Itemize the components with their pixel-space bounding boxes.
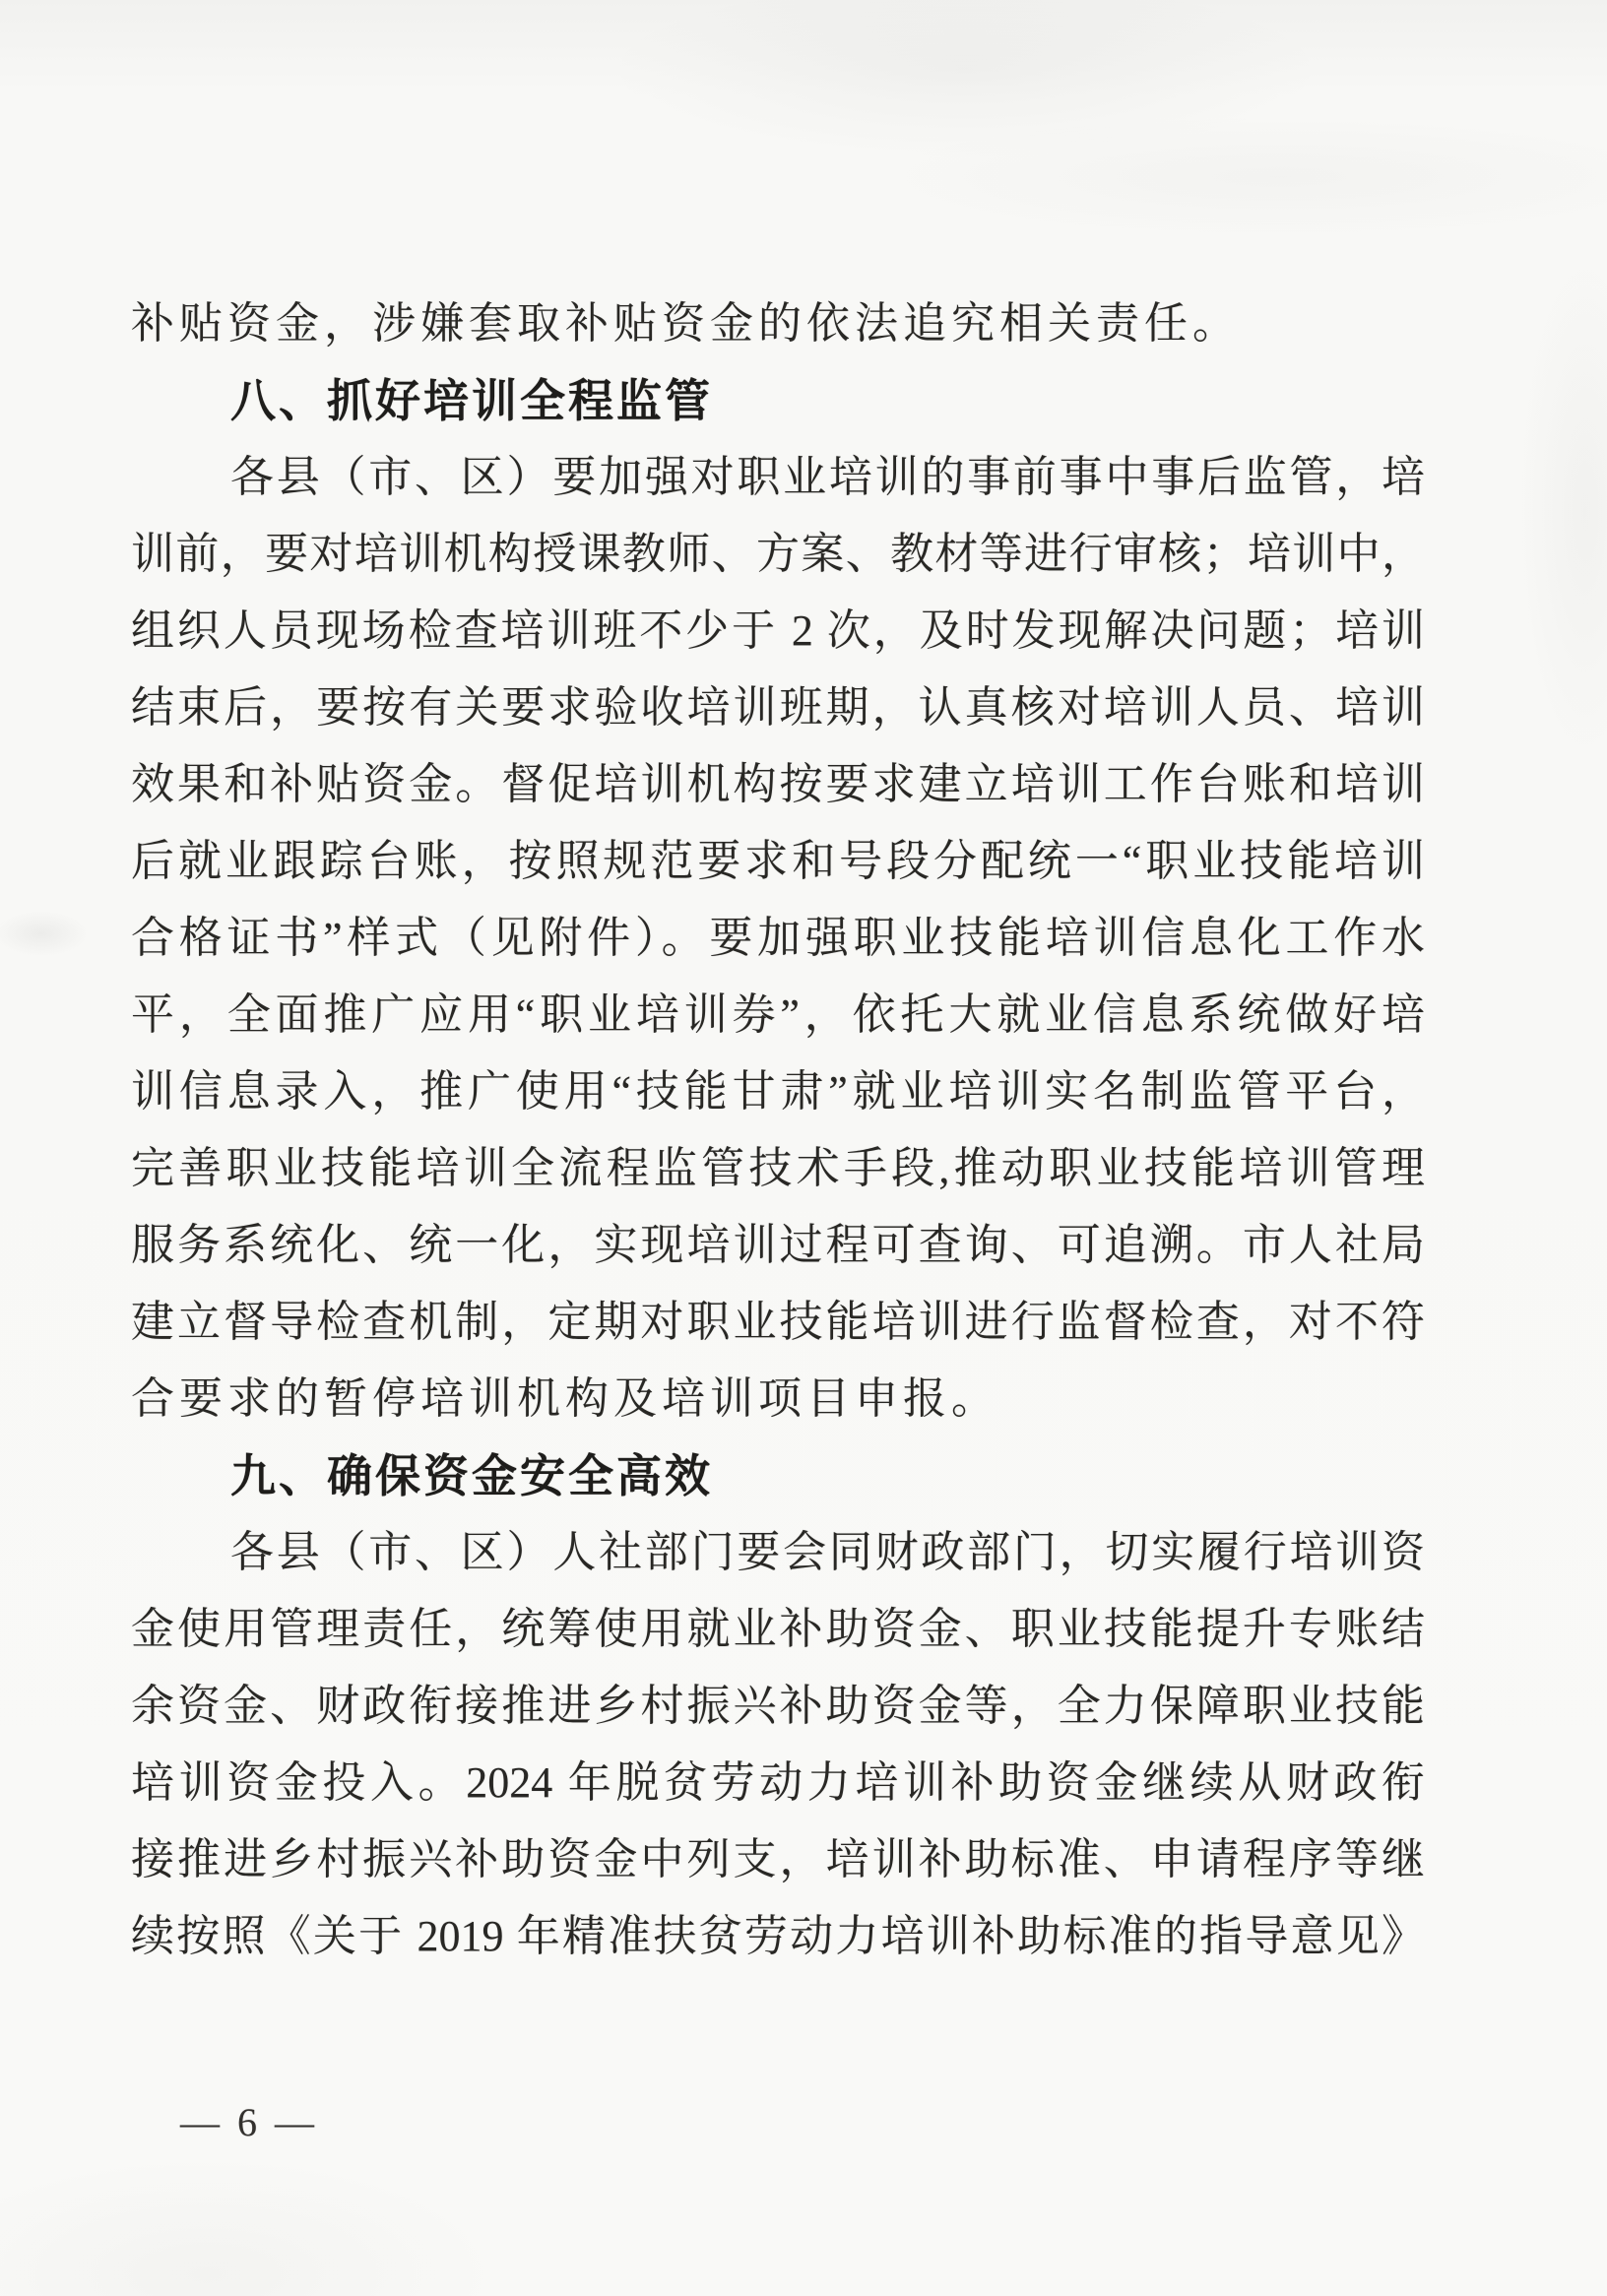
- body-line: 补贴资金，涉嫌套取补贴资金的依法追究相关责任。: [131, 286, 1425, 362]
- scanned-document-page: 补贴资金，涉嫌套取补贴资金的依法追究相关责任。 八、抓好培训全程监管 各县（市、…: [0, 0, 1607, 2296]
- body-line: 金使用管理责任，统筹使用就业补助资金、职业技能提升专账结: [131, 1591, 1425, 1668]
- body-line: 服务系统化、统一化，实现培训过程可查询、可追溯。市人社局: [131, 1207, 1425, 1284]
- body-line: 后就业跟踪台账，按照规范要求和号段分配统一“职业技能培训: [131, 823, 1425, 900]
- body-line: 接推进乡村振兴补助资金中列支，培训补助标准、申请程序等继: [131, 1821, 1425, 1898]
- body-line: 结束后，要按有关要求验收培训班期，认真核对培训人员、培训: [131, 670, 1425, 746]
- body-line: 余资金、财政衔接推进乡村振兴补助资金等，全力保障职业技能: [131, 1668, 1425, 1745]
- section-heading-9: 九、确保资金安全高效: [131, 1437, 1425, 1514]
- body-line: 各县（市、区）人社部门要会同财政部门，切实履行培训资: [131, 1514, 1425, 1591]
- body-line: 平，全面推广应用“职业培训券”，依托大就业信息系统做好培: [131, 977, 1425, 1053]
- body-line: 各县（市、区）要加强对职业培训的事前事中事后监管，培: [131, 439, 1425, 516]
- body-line: 合格证书”样式（见附件）。要加强职业技能培训信息化工作水: [131, 900, 1425, 977]
- body-line: 建立督导检查机制，定期对职业技能培训进行监督检查，对不符: [131, 1284, 1425, 1361]
- body-line: 合要求的暂停培训机构及培训项目申报。: [131, 1361, 1425, 1437]
- body-line: 续按照《关于 2019 年精准扶贫劳动力培训补助标准的指导意见》: [131, 1898, 1425, 1975]
- document-body: 补贴资金，涉嫌套取补贴资金的依法追究相关责任。 八、抓好培训全程监管 各县（市、…: [131, 286, 1425, 1975]
- body-line: 培训资金投入。2024 年脱贫劳动力培训补助资金继续从财政衔: [131, 1745, 1425, 1821]
- body-line: 完善职业技能培训全流程监管技术手段,推动职业技能培训管理: [131, 1130, 1425, 1207]
- body-line: 训信息录入，推广使用“技能甘肃”就业培训实名制监管平台，: [131, 1053, 1425, 1130]
- body-line: 训前，要对培训机构授课教师、方案、教材等进行审核；培训中，: [131, 516, 1425, 593]
- page-number: — 6 —: [180, 2093, 318, 2152]
- body-line: 效果和补贴资金。督促培训机构按要求建立培训工作台账和培训: [131, 746, 1425, 823]
- section-heading-8: 八、抓好培训全程监管: [131, 362, 1425, 439]
- body-line: 组织人员现场检查培训班不少于 2 次，及时发现解决问题；培训: [131, 593, 1425, 670]
